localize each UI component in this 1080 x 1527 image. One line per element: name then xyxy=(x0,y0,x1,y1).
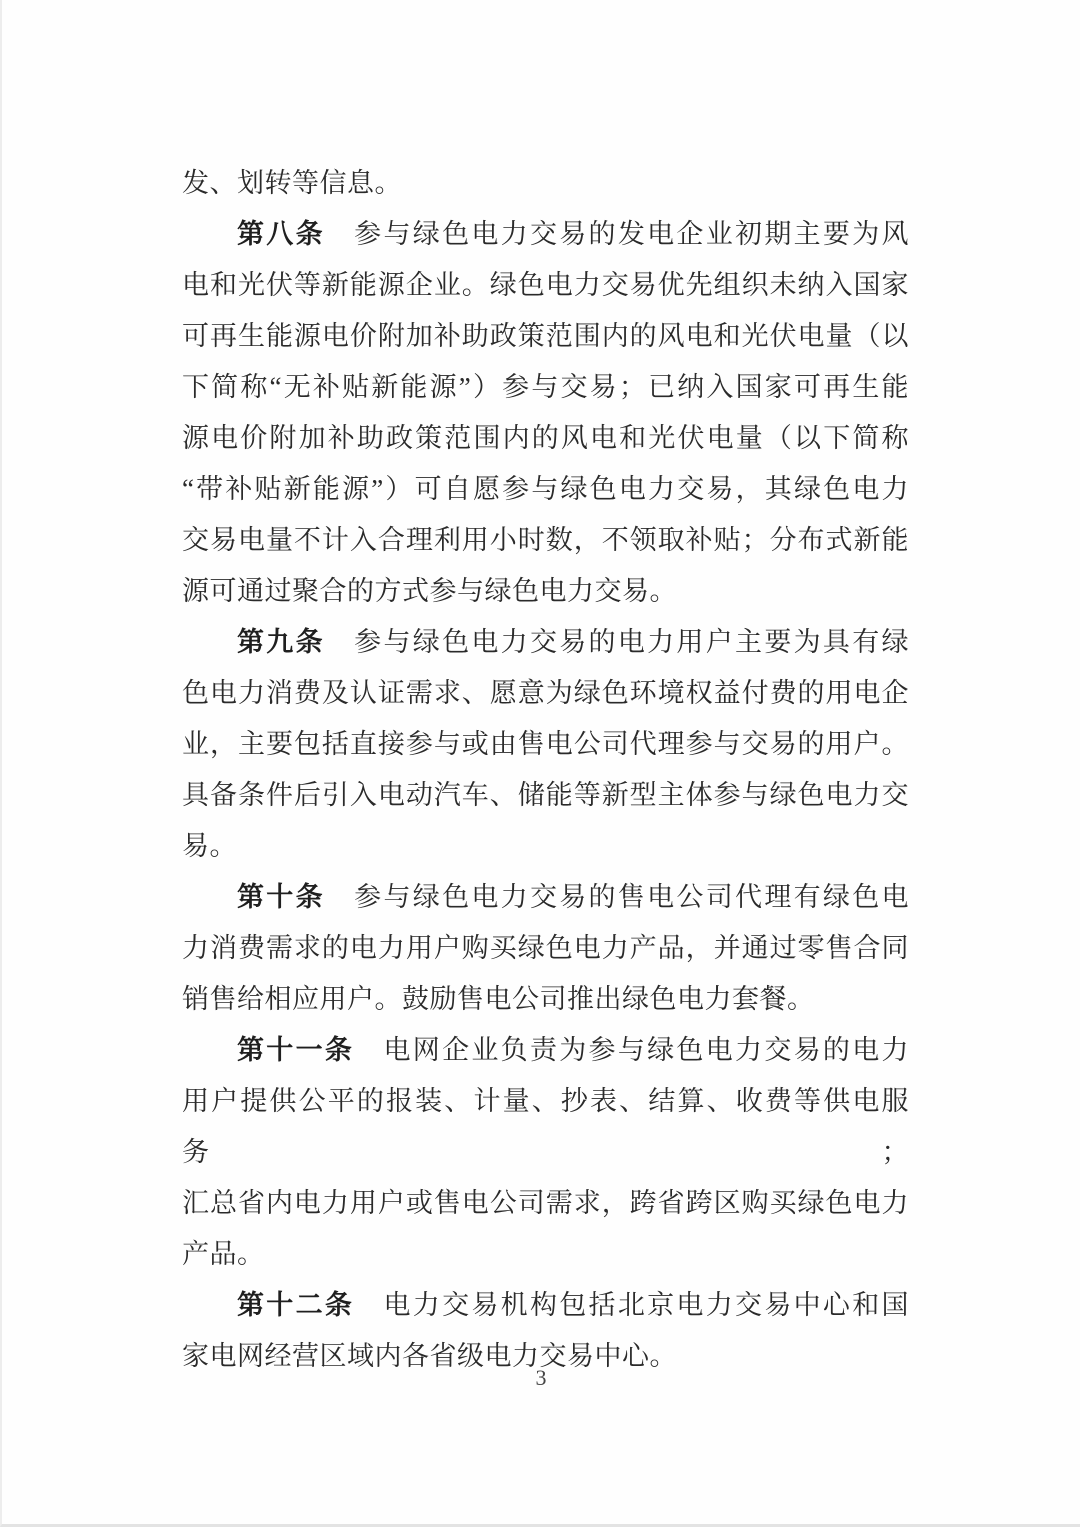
text-line: 第九条 参与绿色电力交易的电力用户主要为具有绿 xyxy=(182,617,909,668)
text-line: 业，主要包括直接参与或由售电公司代理参与交易的用户。 xyxy=(182,719,909,770)
text-line: 第十条 参与绿色电力交易的售电公司代理有绿色电 xyxy=(182,872,909,923)
text-line: 汇总省内电力用户或售电公司需求，跨省跨区购买绿色电力 xyxy=(182,1178,909,1229)
text-line: 可再生能源电价附加补助政策范围内的风电和光伏电量（以 xyxy=(182,311,909,362)
article-number: 第十一条 xyxy=(237,1035,354,1065)
article-number: 第八条 xyxy=(237,219,325,249)
text-line: 第八条 参与绿色电力交易的发电企业初期主要为风 xyxy=(182,209,909,260)
text-line: 色电力消费及认证需求、愿意为绿色环境权益付费的用电企 xyxy=(182,668,909,719)
text-line: 源可通过聚合的方式参与绿色电力交易。 xyxy=(182,566,909,617)
text-line: 第十二条 电力交易机构包括北京电力交易中心和国 xyxy=(182,1280,909,1331)
article-number: 第十条 xyxy=(237,882,325,912)
text-line: “带补贴新能源”）可自愿参与绿色电力交易，其绿色电力 xyxy=(182,464,909,515)
text-line: 产品。 xyxy=(182,1229,909,1280)
text-line: 发、划转等信息。 xyxy=(182,158,909,209)
article-number: 第十二条 xyxy=(237,1290,354,1320)
text-line: 电和光伏等新能源企业。绿色电力交易优先组织未纳入国家 xyxy=(182,260,909,311)
text-line: 源电价附加补助政策范围内的风电和光伏电量（以下简称 xyxy=(182,413,909,464)
text-line: 第十一条 电网企业负责为参与绿色电力交易的电力 xyxy=(182,1025,909,1076)
text-line: 用户提供公平的报装、计量、抄表、结算、收费等供电服务； xyxy=(182,1076,909,1178)
text-line: 交易电量不计入合理利用小时数，不领取补贴；分布式新能 xyxy=(182,515,909,566)
text-line: 具备条件后引入电动汽车、储能等新型主体参与绿色电力交 xyxy=(182,770,909,821)
document-page: 发、划转等信息。第八条 参与绿色电力交易的发电企业初期主要为风电和光伏等新能源企… xyxy=(0,0,1080,1527)
article-number: 第九条 xyxy=(237,627,325,657)
text-line: 易。 xyxy=(182,821,909,872)
document-body: 发、划转等信息。第八条 参与绿色电力交易的发电企业初期主要为风电和光伏等新能源企… xyxy=(182,158,909,1382)
text-line: 销售给相应用户。鼓励售电公司推出绿色电力套餐。 xyxy=(182,974,909,1025)
text-line: 下简称“无补贴新能源”）参与交易；已纳入国家可再生能 xyxy=(182,362,909,413)
text-line: 力消费需求的电力用户购买绿色电力产品，并通过零售合同 xyxy=(182,923,909,974)
page-number: 3 xyxy=(2,1363,1080,1393)
